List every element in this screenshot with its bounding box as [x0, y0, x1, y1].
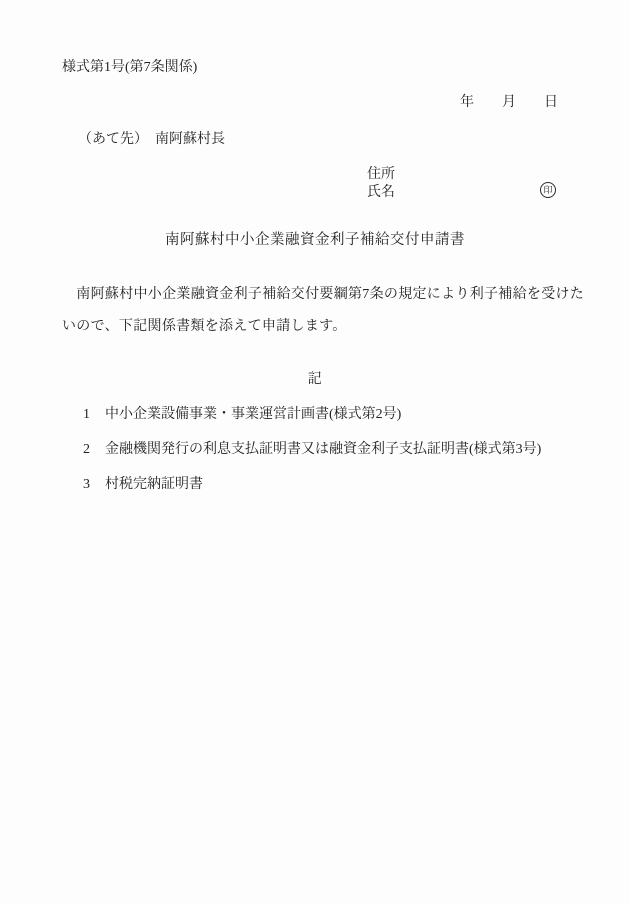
- list-header: 記: [0, 373, 630, 387]
- attachment-item-1: 1 中小企業設備事業・事業運営計画書(様式第2号): [83, 408, 401, 422]
- body-text-line-2: いので、下記関係書類を添えて申請します。: [62, 320, 347, 334]
- addressee-line: （あて先） 南阿蘇村長: [78, 133, 225, 147]
- document-title: 南阿蘇村中小企業融資金利子補給交付申請書: [0, 233, 630, 248]
- attachment-item-number: 1: [83, 408, 92, 422]
- address-label: 住所: [367, 168, 395, 182]
- seal-mark-icon: 印: [540, 182, 556, 198]
- attachment-item-2: 2 金融機関発行の利息支払証明書又は融資金利子支払証明書(様式第3号): [83, 443, 541, 457]
- attachment-item-3: 3 村税完納証明書: [83, 478, 203, 492]
- attachment-item-text: 金融機関発行の利息支払証明書又は融資金利子支払証明書(様式第3号): [105, 443, 541, 457]
- date-line: 年 月 日: [460, 96, 558, 110]
- form-number: 様式第1号(第7条関係): [62, 61, 197, 75]
- name-label: 氏名: [367, 186, 395, 200]
- application-form-page: 様式第1号(第7条関係) 年 月 日 （あて先） 南阿蘇村長 住所 氏名 印 南…: [0, 0, 630, 903]
- attachment-item-number: 3: [83, 478, 92, 492]
- attachment-item-text: 中小企業設備事業・事業運営計画書(様式第2号): [105, 408, 401, 422]
- body-text-line-1: 南阿蘇村中小企業融資金利子補給交付要綱第7条の規定により利子補給を受けた: [62, 288, 584, 302]
- attachment-item-number: 2: [83, 443, 92, 457]
- attachment-item-text: 村税完納証明書: [105, 478, 203, 492]
